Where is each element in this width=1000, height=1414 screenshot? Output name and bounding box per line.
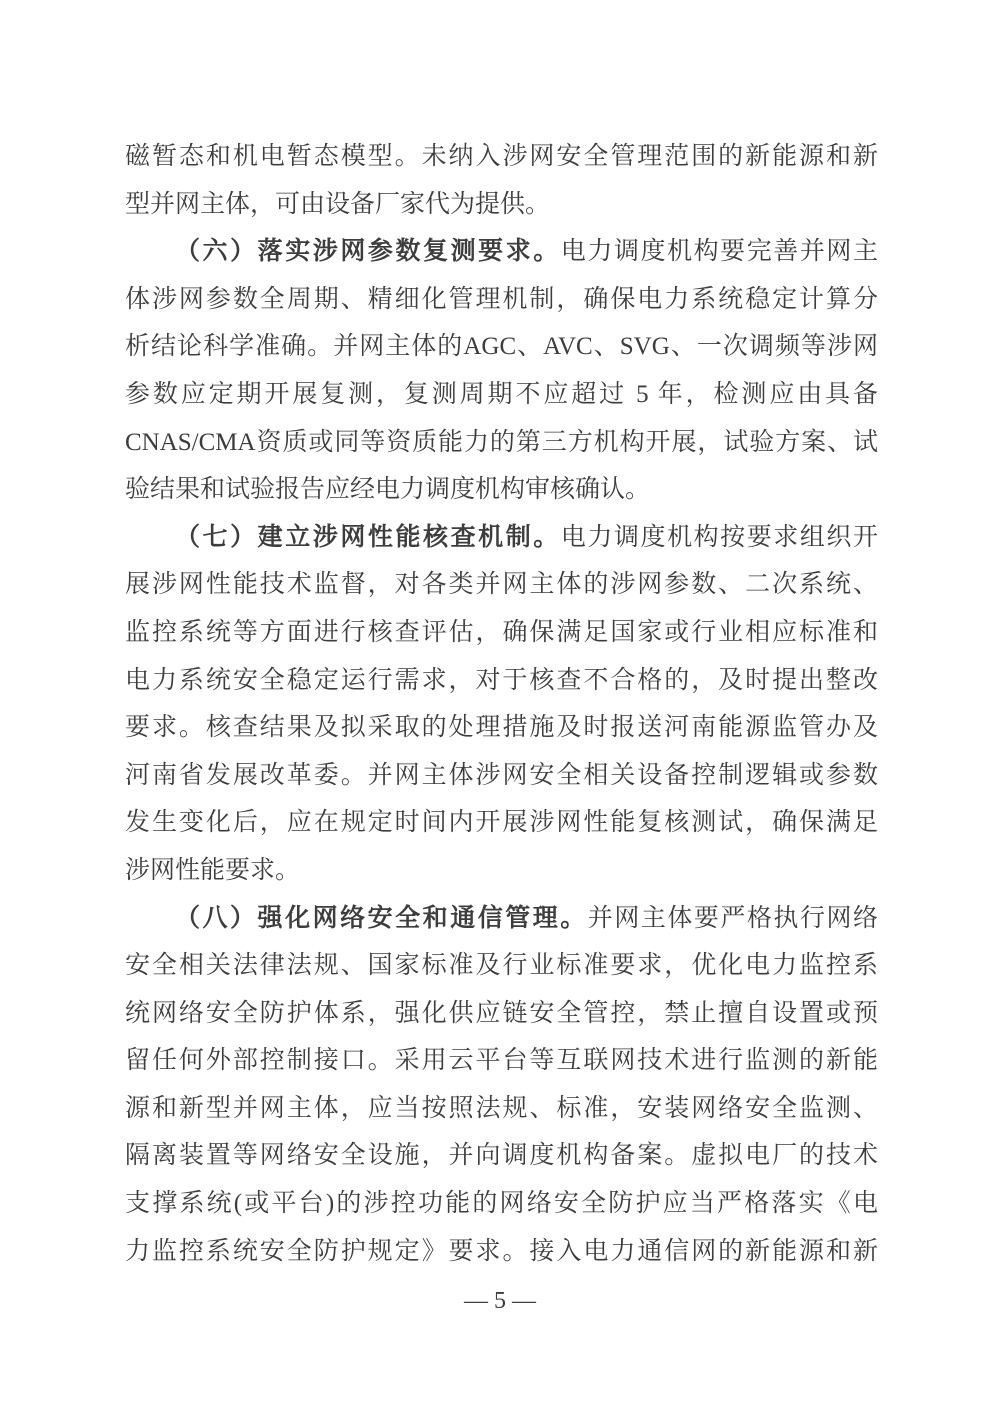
text-line: 支撑系统(或平台)的涉控功能的网络安全防护应当严格落实《电 xyxy=(125,1180,878,1228)
document-body: 磁暂态和机电暂态模型。未纳入涉网安全管理范围的新能源和新型并网主体，可由设备厂家… xyxy=(125,133,878,1275)
text-line: 安全相关法律法规、国家标准及行业标准要求，优化电力监控系 xyxy=(125,942,878,990)
text-line: 电力系统安全稳定运行需求，对于核查不合格的，及时提出整改 xyxy=(125,657,878,705)
text-line: 析结论科学准确。并网主体的AGC、AVC、SVG、一次调频等涉网 xyxy=(125,323,878,371)
text-line: 源和新型并网主体，应当按照法规、标准，安装网络安全监测、 xyxy=(125,1085,878,1133)
text-line: 隔离装置等网络安全设施，并向调度机构备案。虚拟电厂的技术 xyxy=(125,1132,878,1180)
text-line: 磁暂态和机电暂态模型。未纳入涉网安全管理范围的新能源和新 xyxy=(125,133,878,181)
section-heading: （六）落实涉网参数复测要求。 xyxy=(175,238,561,265)
text-line: 统网络安全防护体系，强化供应链安全管控，禁止擅自设置或预 xyxy=(125,990,878,1038)
page-number: — 5 — xyxy=(0,1288,1000,1315)
text-line: 发生变化后，应在规定时间内开展涉网性能复核测试，确保满足 xyxy=(125,799,878,847)
text-line: 展涉网性能技术监督，对各类并网主体的涉网参数、二次系统、 xyxy=(125,561,878,609)
text-line: CNAS/CMA资质或同等资质能力的第三方机构开展，试验方案、试 xyxy=(125,419,878,467)
text-line: 监控系统等方面进行核查评估，确保满足国家或行业相应标准和 xyxy=(125,609,878,657)
document-page: 磁暂态和机电暂态模型。未纳入涉网安全管理范围的新能源和新型并网主体，可由设备厂家… xyxy=(0,0,1000,1414)
text-line: （八）强化网络安全和通信管理。并网主体要严格执行网络 xyxy=(125,895,878,943)
text-line: 留任何外部控制接口。采用云平台等互联网技术进行监测的新能 xyxy=(125,1037,878,1085)
section-heading: （八）强化网络安全和通信管理。 xyxy=(175,905,588,932)
text-line: 要求。核查结果及拟采取的处理措施及时报送河南能源监管办及 xyxy=(125,704,878,752)
text-line: 涉网性能要求。 xyxy=(125,847,878,895)
text-line: 体涉网参数全周期、精细化管理机制，确保电力系统稳定计算分 xyxy=(125,276,878,324)
text-line: 力监控系统安全防护规定》要求。接入电力通信网的新能源和新 xyxy=(125,1228,878,1276)
text-line: （七）建立涉网性能核查机制。电力调度机构按要求组织开 xyxy=(125,514,878,562)
text-line: （六）落实涉网参数复测要求。电力调度机构要完善并网主 xyxy=(125,228,878,276)
text-line: 参数应定期开展复测，复测周期不应超过 5 年，检测应由具备 xyxy=(125,371,878,419)
text-line: 型并网主体，可由设备厂家代为提供。 xyxy=(125,181,878,229)
text-line: 河南省发展改革委。并网主体涉网安全相关设备控制逻辑或参数 xyxy=(125,752,878,800)
text-line: 验结果和试验报告应经电力调度机构审核确认。 xyxy=(125,466,878,514)
section-heading: （七）建立涉网性能核查机制。 xyxy=(175,524,561,551)
